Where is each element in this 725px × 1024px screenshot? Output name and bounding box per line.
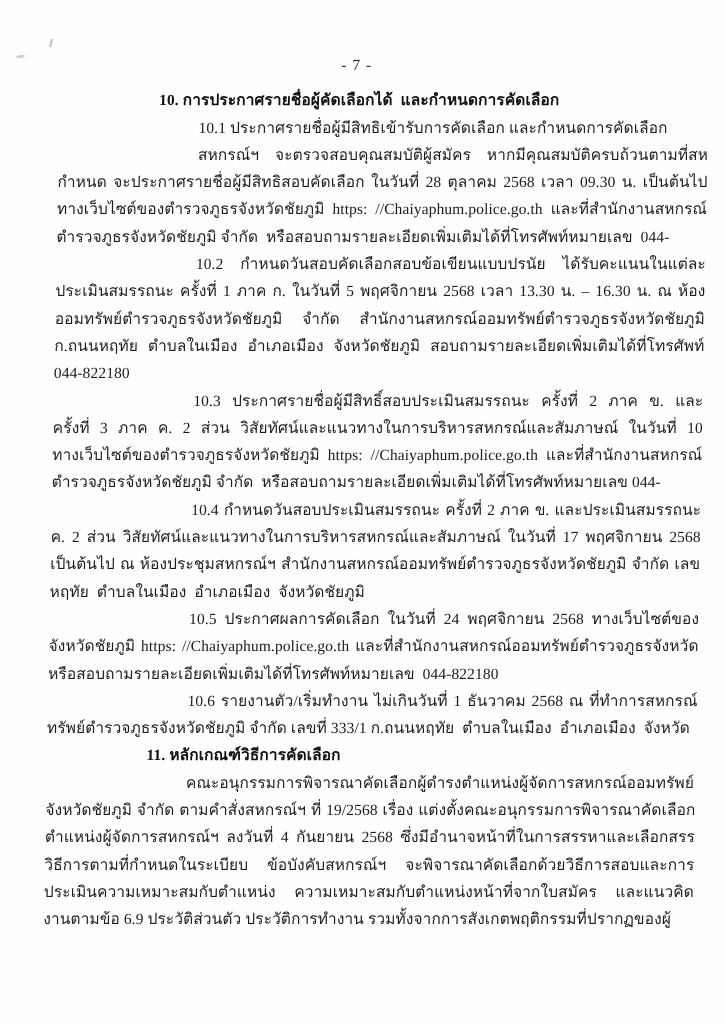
document-lines: - 7 -10. การประกาศรายชื่อผู้คัดเลือกได้ … — [43, 52, 710, 934]
text-line: ออมทรัพย์ตำรวจภูธรจังหวัดชัยภูมิ จำกัด ส… — [55, 306, 706, 333]
scan-speck — [16, 54, 25, 58]
text-line: ประเมินสมรรถนะ ครั้งที่ 1 ภาค ก. ในวันที… — [55, 278, 706, 305]
text-line: 10.4 กำหนดวันสอบประเมินสมรรถนะ ครั้งที่ … — [51, 497, 702, 524]
section-header-line: 11. หลักเกณฑ์วิธีการคัดเลือก — [46, 742, 697, 769]
text-line: ตำรวจภูธรจังหวัดชัยภูมิ จำกัด หรือสอบถาม… — [56, 224, 707, 251]
text-line: 10.3 ประกาศรายชื่อผู้มีสิทธิ์สอบประเมินส… — [53, 388, 704, 415]
text-line: ทางเว็บไซต์ของตำรวจภูธรจังหวัดชัยภูมิ ht… — [52, 442, 703, 469]
text-line: 044-822180 — [54, 360, 705, 387]
text-line: สหกรณ์ฯ จะตรวจสอบคุณสมบัติผู้สมัคร หากมี… — [58, 142, 709, 169]
document-page: - 7 -10. การประกาศรายชื่อผู้คัดเลือกได้ … — [0, 0, 725, 1024]
text-line: จังหวัดชัยภูมิ https: //Chaiyaphum.polic… — [48, 633, 699, 660]
text-line: หฤทัย ตำบลในเมือง อำเภอเมือง จังหวัดชัยภ… — [49, 579, 700, 606]
text-line: 10.1 ประกาศรายชื่อผู้มีสิทธิเข้ารับการคั… — [58, 115, 709, 142]
section-header-line: 10. การประกาศรายชื่อผู้คัดเลือกได้ และกำ… — [59, 87, 710, 114]
page-number: - 7 - — [31, 52, 682, 79]
text-line: 10.2 กำหนดวันสอบคัดเลือกสอบข้อเขียนแบบปร… — [56, 251, 707, 278]
text-line: 10.6 รายงานตัว/เริ่มทำงาน ไม่เกินวันที่ … — [47, 688, 698, 715]
text-line: จังหวัดชัยภูมิ จำกัด ตามคำสั่งสหกรณ์ฯ ที… — [45, 797, 696, 824]
scan-speck — [49, 39, 53, 47]
text-line: เป็นต้นไป ณ ห้องประชุมสหกรณ์ฯ สำนักงานสห… — [50, 551, 701, 578]
text-line: ก.ถนนหฤทัย ตำบลในเมือง อำเภอเมือง จังหวั… — [54, 333, 705, 360]
text-line: ตำแหน่งผู้จัดการสหกรณ์ฯ ลงวันที่ 4 กันยา… — [45, 824, 696, 851]
text-line: ครั้งที่ 3 ภาค ค. 2 ส่วน วิสัยทัศน์และแน… — [53, 415, 704, 442]
text-line: ค. 2 ส่วน วิสัยทัศน์และแนวทางในการบริหาร… — [50, 524, 701, 551]
text-line: ทรัพย์ตำรวจภูธรจังหวัดชัยภูมิ จำกัด เลขท… — [47, 715, 698, 742]
text-line: 10.5 ประกาศผลการคัดเลือก ในวันที่ 24 พฤศ… — [49, 606, 700, 633]
text-line: ทางเว็บไซต์ของตำรวจภูธรจังหวัดชัยภูมิ ht… — [57, 196, 708, 223]
text-line: หรือสอบถามรายละเอียดเพิ่มเติมได้ที่โทรศั… — [48, 661, 699, 688]
text-line: ตำรวจภูธรจังหวัดชัยภูมิ จำกัด หรือสอบถาม… — [51, 469, 702, 496]
text-line: กำหนด จะประกาศรายชื่อผู้มีสิทธิสอบคัดเลื… — [57, 169, 708, 196]
text-line: คณะอนุกรรมการพิจารณาคัดเลือกผู้ดำรงตำแหน… — [46, 770, 697, 797]
text-line: ประเมินความเหมาะสมกับตำแหน่ง ความเหมาะสม… — [44, 879, 695, 906]
text-line: งานตามข้อ 6.9 ประวัติส่วนตัว ประวัติการท… — [43, 906, 694, 933]
text-line: วิธีการตามที่กำหนดในระเบียบ ข้อบังคับสหก… — [44, 852, 695, 879]
